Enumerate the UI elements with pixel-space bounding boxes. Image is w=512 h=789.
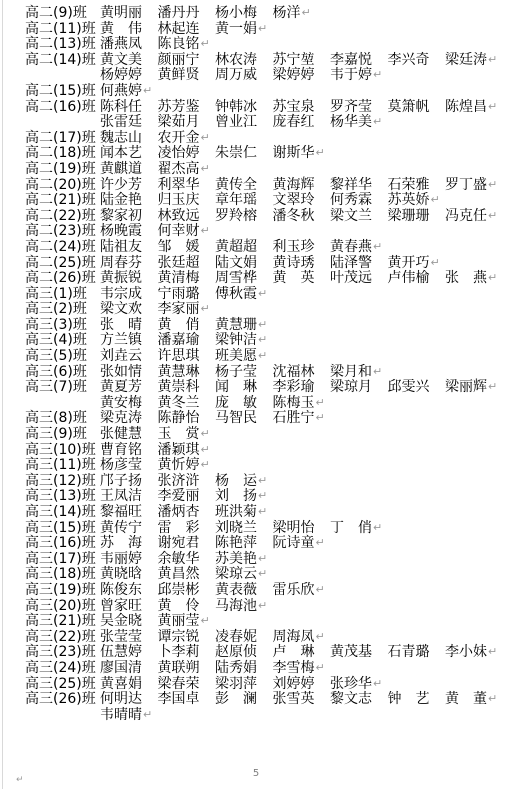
roster-row: 高二(13)班潘燕凤陈良铭↵ [0,36,512,52]
student-name: 黄一娟 [215,22,257,38]
student-name: 梁廷涛 [445,53,487,69]
student-name: 黄海辉 [273,178,331,194]
student-name: 张莹莹 [100,630,158,646]
class-label: 高三(16)班 [25,536,100,552]
student-name: 陆泽警 [330,256,388,272]
student-name: 宁雨璐 [158,287,216,303]
student-name: 谭宗锐 [158,630,216,646]
roster-row: 高三(9)班张健慧玉 赏↵ [0,426,512,442]
student-name: 梁丽辉 [445,380,487,396]
paragraph-mark-icon: ↵ [316,630,325,643]
student-name: 黄春燕 [330,240,372,256]
student-name: 梁钟洁 [215,333,257,349]
student-name: 黄麒道 [100,162,158,178]
student-name: 陈良铭 [158,37,200,53]
class-label: 高二(15)班 [25,84,100,100]
student-name: 韦晴晴 [100,708,142,724]
student-name: 石荣雅 [388,178,446,194]
student-name: 陈俊东 [100,583,158,599]
student-name: 黄超超 [215,240,273,256]
student-name: 陆秀娟 [215,661,273,677]
paragraph-mark-icon: ↵ [373,521,382,534]
paragraph-mark-icon: ↵ [201,162,210,175]
roster-row: 高三(20)班曾家旺黄 伶马海池↵ [0,598,512,614]
student-name: 邱崇彬 [158,583,216,599]
student-name: 潘嘉瑜 [158,333,216,349]
student-name: 周万威 [215,68,273,84]
paragraph-mark-icon: ↵ [201,427,210,440]
student-name: 马智民 [215,411,273,427]
student-name: 黄 伟 [100,22,158,38]
student-name: 梁茹月 [158,115,216,131]
student-name: 庞 敏 [215,396,273,412]
student-name: 谢斯华 [273,146,315,162]
student-name: 黄喜娟 [100,677,158,693]
student-name: 何燕婷 [100,84,142,100]
class-label: 高二(18)班 [25,146,100,162]
student-name: 张廷超 [158,256,216,272]
student-name: 班洪菊 [215,505,257,521]
student-name: 潘炳杏 [158,505,216,521]
student-name: 罗羚榕 [215,209,273,225]
paragraph-mark-icon: ↵ [201,224,210,237]
student-name: 吴金晓 [100,614,158,630]
student-name: 黄晓晗 [100,567,158,583]
paragraph-mark-icon: ↵ [201,302,210,315]
student-name: 黄丽莹 [158,614,200,630]
class-label: 高二(11)班 [25,22,100,38]
roster-row: 高二(22)班黎家初林致远罗羚榕潘冬秋梁文兰梁珊珊冯克任↵ [0,208,512,224]
student-name: 石青璐 [388,645,446,661]
student-name: 韦于婷 [330,68,372,84]
roster-row: 高三(24)班廖国清黄联朔陆秀娟李雪梅↵ [0,660,512,676]
class-label: 高三(5)班 [25,349,100,365]
paragraph-mark-icon: ↵ [258,552,267,565]
student-name: 谢宛君 [158,536,216,552]
class-label: 高三(9)班 [25,427,100,443]
student-name: 赵原侦 [215,645,273,661]
student-name: 杨晚霞 [100,224,158,240]
roster-row: 高三(7)班黄夏芳黄崇科闻 琳李彩瑜梁琼月邱雯兴梁丽辉↵ [0,379,512,395]
paragraph-mark-icon: ↵ [258,599,267,612]
class-label: 高三(23)班 [25,645,100,661]
paragraph-mark-icon: ↵ [488,692,497,705]
student-name: 黄鲜贤 [158,68,216,84]
student-name: 卜李莉 [158,645,216,661]
student-name: 周海凤 [273,630,315,646]
class-label: 高三(10)班 [25,443,100,459]
student-name: 陆祖友 [100,240,158,256]
student-name: 杨彦莹 [100,458,158,474]
class-label: 高二(19)班 [25,162,100,178]
student-name: 卢伟榆 [388,271,446,287]
roster-row: 高三(8)班梁克涛陈静怡马智民石胜宁↵ [0,410,512,426]
student-name: 黄茂基 [330,645,388,661]
paragraph-mark-icon: ↵ [431,193,440,206]
student-name: 黎文志 [330,692,388,708]
class-label: 高三(13)班 [25,489,100,505]
student-name: 梁羽萍 [215,677,273,693]
class-label: 高二(14)班 [25,53,100,69]
document-page: 高二(9)班黄明丽潘丹丹杨小梅杨洋↵高二(11)班黄 伟林起连黄一娟↵高二(13… [0,0,512,789]
student-name: 叶茂远 [330,271,388,287]
student-name: 杨婷婷 [100,68,158,84]
student-name: 潘冬秋 [273,209,331,225]
student-name: 利翠华 [158,178,216,194]
student-name: 黄清梅 [158,271,216,287]
student-name: 杨子莹 [215,365,273,381]
roster-row: 张雷廷梁茹月曾业江庞春红杨华美↵ [0,114,512,130]
student-name: 刘婷婷 [273,677,331,693]
class-label: 高二(26)班 [25,271,100,287]
student-name: 李家丽 [158,302,200,318]
student-name: 李彩瑜 [273,380,331,396]
paragraph-mark-icon: ↵ [258,22,267,35]
student-name: 闻本艺 [100,146,158,162]
student-name: 潘燕凤 [100,37,158,53]
student-name: 阮诗童 [273,536,315,552]
student-name: 李国卓 [158,692,216,708]
student-name: 苏宝泉 [273,100,331,116]
class-label: 高三(8)班 [25,411,100,427]
student-name: 梁文兰 [330,209,388,225]
student-name: 邱雯兴 [388,380,446,396]
paragraph-mark-icon: ↵ [488,100,497,113]
student-name: 陈静怡 [158,411,216,427]
student-name: 凌怡婷 [158,146,216,162]
roster-row: 高二(25)班周春芬张廷超陆文娟黄诗琇陆泽警黄开巧↵ [0,255,512,271]
roster-row: 高三(17)班韦丽婷余敏华苏美艳↵ [0,551,512,567]
paragraph-mark-icon: ↵ [373,365,382,378]
roster-row: 杨婷婷黄鲜贤周万威梁婷婷韦于婷↵ [0,67,512,83]
paragraph-mark-icon: ↵ [373,115,382,128]
class-label: 高二(16)班 [25,100,100,116]
roster-row: 高二(17)班魏志山农开金↵ [0,130,512,146]
student-name: 苏英娇 [388,193,430,209]
class-label: 高三(24)班 [25,661,100,677]
roster-row: 高三(25)班黄喜娟梁春荣梁羽萍刘婷婷张珍华↵ [0,676,512,692]
class-label: 高三(1)班 [25,287,100,303]
paragraph-mark-icon: ↵ [258,489,267,502]
student-name: 陆金艳 [100,193,158,209]
student-name: 黄传全 [215,178,273,194]
student-name: 韦宗成 [100,287,158,303]
roster-row: 高三(23)班伍慧婷卜李莉赵原侦卢 琳黄茂基石青璐李小妹↵ [0,644,512,660]
paragraph-mark-icon: ↵ [258,474,267,487]
student-name: 翟杰高 [158,162,200,178]
student-name: 廖国清 [100,661,158,677]
class-label: 高三(6)班 [25,365,100,381]
roster-row: 高二(21)班陆金艳归玉庆章年瑶文翠玲何秀霖苏英娇↵ [0,192,512,208]
class-label: 高二(23)班 [25,224,100,240]
student-name: 黄慧琳 [158,365,216,381]
paragraph-mark-icon: ↵ [258,505,267,518]
paragraph-mark-icon: ↵ [201,131,210,144]
paragraph-mark-icon: ↵ [201,443,210,456]
paragraph-mark-icon: ↵ [373,240,382,253]
student-name: 张健慧 [100,427,158,443]
student-name: 梁婷婷 [273,68,331,84]
student-name: 彭 澜 [215,692,273,708]
roster-row: 高二(15)班何燕婷↵ [0,83,512,99]
student-name: 利玉珍 [273,240,331,256]
student-name: 梁春荣 [158,677,216,693]
roster-row: 高三(5)班刘垚云许思琪班美愿↵ [0,348,512,364]
student-name: 周春芬 [100,256,158,272]
student-name: 黎福旺 [100,505,158,521]
student-name: 钟 艺 [388,692,446,708]
class-label: 高三(22)班 [25,630,100,646]
student-name: 张 燕 [445,271,487,287]
student-name: 冯克任 [445,209,487,225]
student-name: 黄 伶 [158,599,216,615]
student-name: 黄传宁 [100,521,158,537]
class-label: 高三(14)班 [25,505,100,521]
roster-row: 高三(10)班曹育铭潘颖琪↵ [0,442,512,458]
roster-row: 高三(15)班黄传宁雷 彩刘晓兰梁明怡丁 俏↵ [0,520,512,536]
student-name: 章年瑶 [215,193,273,209]
class-label: 高三(4)班 [25,333,100,349]
roster-row: 高三(3)班张 晴黄 俏黄慧珊↵ [0,317,512,333]
paragraph-mark-icon: ↵ [316,146,325,159]
student-name: 林致远 [158,209,216,225]
paragraph-mark-icon: ↵ [143,84,152,97]
student-name: 黄联朔 [158,661,216,677]
student-name: 归玉庆 [158,193,216,209]
student-name: 闻 琳 [215,380,273,396]
student-name: 张珍华 [330,677,372,693]
student-name: 梁琼云 [215,567,257,583]
roster-row: 高三(14)班黎福旺潘炳杏班洪菊↵ [0,504,512,520]
paragraph-mark-icon: ↵ [201,614,210,627]
student-name: 陆文娟 [215,256,273,272]
student-name: 黎祥华 [330,178,388,194]
student-name: 曹育铭 [100,443,158,459]
paragraph-mark-icon: ↵ [258,287,267,300]
paragraph-mark-icon: ↵ [258,318,267,331]
paragraph-mark-icon: ↵ [316,661,325,674]
roster-row: 高三(12)班邝子扬张济浒杨 运↵ [0,473,512,489]
roster-row: 高三(1)班韦宗成宁雨璐傅秋霞↵ [0,286,512,302]
paragraph-mark-icon: ↵ [488,209,497,222]
roster-row: 高二(26)班黄振锐黄清梅周雪桦黄 英叶茂远卢伟榆张 燕↵ [0,270,512,286]
student-name: 许少芳 [100,178,158,194]
student-name: 雷 彩 [158,521,216,537]
student-name: 梁珊珊 [388,209,446,225]
paragraph-mark-icon: ↵ [143,708,152,721]
student-name: 莫箫帆 [388,100,446,116]
student-name: 刘垚云 [100,349,158,365]
student-name: 曾家旺 [100,599,158,615]
paragraph-mark-icon: ↵ [373,677,382,690]
student-name: 文翠玲 [273,193,331,209]
class-label: 高二(25)班 [25,256,100,272]
student-name: 伍慧婷 [100,645,158,661]
student-name: 梁明怡 [273,521,331,537]
student-name: 刘晓兰 [215,521,273,537]
student-name: 杨洋 [273,6,301,22]
class-label: 高三(2)班 [25,302,100,318]
student-name: 王凤洁 [100,489,158,505]
class-label: 高二(21)班 [25,193,100,209]
student-name: 马海池 [215,599,257,615]
roster-row: 黄安梅黄冬兰庞 敏陈梅玉↵ [0,395,512,411]
paragraph-mark-icon: ↵ [316,411,325,424]
roster-row: 韦晴晴↵ [0,707,512,723]
paragraph-mark-icon: ↵ [488,271,497,284]
class-label: 高二(17)班 [25,131,100,147]
class-label: 高三(18)班 [25,567,100,583]
paragraph-mark-icon: ↵ [488,380,497,393]
class-label: 高二(22)班 [25,209,100,225]
paragraph-mark-icon: ↵ [488,53,497,66]
student-name: 卢 琳 [273,645,331,661]
student-name: 梁克涛 [100,411,158,427]
roster-row: 高二(16)班陈科任苏芳鉴钟韩冰苏宝泉罗齐莹莫箫帆陈煌昌↵ [0,99,512,115]
roster-row: 高二(23)班杨晚霞何幸财↵ [0,223,512,239]
student-name: 李小妹 [445,645,487,661]
student-name: 黄忻婷 [158,458,200,474]
roster-row: 高三(21)班吴金晓黄丽莹↵ [0,613,512,629]
student-name: 傅秋霞 [215,287,257,303]
class-label: 高三(15)班 [25,521,100,537]
student-name: 梁琼月 [330,380,388,396]
student-name: 黄诗琇 [273,256,331,272]
roster-row: 高三(11)班杨彦莹黄忻婷↵ [0,457,512,473]
student-name: 黄明丽 [100,6,158,22]
student-name: 石胜宁 [273,411,315,427]
class-label: 高二(24)班 [25,240,100,256]
roster-row: 高三(16)班苏 海谢宛君陈艳萍阮诗童↵ [0,535,512,551]
student-name: 张雷廷 [100,115,158,131]
roster-list: 高二(9)班黄明丽潘丹丹杨小梅杨洋↵高二(11)班黄 伟林起连黄一娟↵高二(13… [0,5,512,722]
student-name: 余敏华 [158,552,216,568]
paragraph-mark-icon: ↵ [488,645,497,658]
student-name: 苏芳鉴 [158,100,216,116]
student-name: 魏志山 [100,131,158,147]
student-name: 杨小梅 [215,6,273,22]
student-name: 农开金 [158,131,200,147]
roster-row: 高二(11)班黄 伟林起连黄一娟↵ [0,21,512,37]
class-label: 高三(19)班 [25,583,100,599]
student-name: 李雪梅 [273,661,315,677]
roster-row: 高二(20)班许少芳利翠华黄传全黄海辉黎祥华石荣雅罗丁盛↵ [0,177,512,193]
class-label: 高二(13)班 [25,37,100,53]
student-name: 方兰镇 [100,333,158,349]
paragraph-mark-icon: ↵ [302,6,311,19]
student-name: 何秀霖 [330,193,388,209]
roster-row: 高三(19)班陈俊东邱崇彬黄表薇雷乐欣↵ [0,582,512,598]
student-name: 林起连 [158,22,216,38]
roster-row: 高二(19)班黄麒道翟杰高↵ [0,161,512,177]
roster-row: 高三(18)班黄晓晗黄昌然梁琼云↵ [0,566,512,582]
student-name: 梁月和 [330,365,372,381]
paragraph-mark-icon: ↵ [431,256,440,269]
class-label: 高二(20)班 [25,178,100,194]
class-label: 高三(25)班 [25,677,100,693]
roster-row: 高三(22)班张莹莹谭宗锐凌春妮周海凤↵ [0,629,512,645]
class-label: 高三(7)班 [25,380,100,396]
paragraph-mark-icon: ↵ [316,583,325,596]
student-name: 钟韩冰 [215,100,273,116]
student-name: 黄开巧 [388,256,430,272]
student-name: 潘丹丹 [158,6,216,22]
roster-row: 高三(2)班梁文欢李家丽↵ [0,301,512,317]
student-name: 周雪桦 [215,271,273,287]
paragraph-mark-icon: ↵ [316,396,325,409]
paragraph-mark-icon: ↵ [258,567,267,580]
student-name: 何幸财 [158,224,200,240]
student-name: 许思琪 [158,349,216,365]
student-name: 黄表薇 [215,583,273,599]
class-label: 高三(26)班 [25,692,100,708]
student-name: 陈艳萍 [215,536,273,552]
student-name: 班美愿 [215,349,257,365]
student-name: 朱崇仁 [215,146,273,162]
roster-row: 高二(14)班黄文美颜丽宁林农涛苏宁堃李嘉悦李兴奇梁廷涛↵ [0,52,512,68]
student-name: 张如情 [100,365,158,381]
student-name: 张雪英 [273,692,331,708]
footer-paragraph-mark-icon: ↵ [16,775,24,785]
roster-row: 高二(9)班黄明丽潘丹丹杨小梅杨洋↵ [0,5,512,21]
student-name: 黄 英 [273,271,331,287]
paragraph-mark-icon: ↵ [201,37,210,50]
student-name: 苏 海 [100,536,158,552]
class-label: 高二(9)班 [25,6,100,22]
student-name: 玉 赏 [158,427,200,443]
class-label: 高三(21)班 [25,614,100,630]
student-name: 沈福林 [273,365,331,381]
student-name: 陈煌昌 [445,100,487,116]
roster-row: 高三(4)班方兰镇潘嘉瑜梁钟洁↵ [0,332,512,348]
roster-row: 高三(13)班王凤洁李爱丽刘 扬↵ [0,488,512,504]
student-name: 黄昌然 [158,567,216,583]
student-name: 邹 媛 [158,240,216,256]
paragraph-mark-icon: ↵ [258,333,267,346]
paragraph-mark-icon: ↵ [488,178,497,191]
roster-row: 高三(26)班何明达李国卓彭 澜张雪英黎文志钟 艺黄 董↵ [0,691,512,707]
paragraph-mark-icon: ↵ [373,68,382,81]
student-name: 黎家初 [100,209,158,225]
student-name: 陈科任 [100,100,158,116]
roster-row: 高三(6)班张如情黄慧琳杨子莹沈福林梁月和↵ [0,364,512,380]
student-name: 黄崇科 [158,380,216,396]
student-name: 黄 董 [445,692,487,708]
student-name: 丁 俏 [330,521,372,537]
class-label: 高三(11)班 [25,458,100,474]
paragraph-mark-icon: ↵ [316,536,325,549]
student-name: 罗齐莹 [330,100,388,116]
student-name: 黄振锐 [100,271,158,287]
student-name: 杨华美 [330,115,372,131]
student-name: 梁文欢 [100,302,158,318]
student-name: 庞春红 [273,115,331,131]
student-name: 黄夏芳 [100,380,158,396]
student-name: 李兴奇 [388,53,446,69]
page-number: 5 [0,768,512,779]
student-name: 雷乐欣 [273,583,315,599]
roster-row: 高二(18)班闻本艺凌怡婷朱崇仁谢斯华↵ [0,145,512,161]
student-name: 潘颖琪 [158,443,200,459]
student-name: 凌春妮 [215,630,273,646]
student-name: 刘 扬 [215,489,257,505]
student-name: 李爱丽 [158,489,216,505]
student-name: 曾业江 [215,115,273,131]
paragraph-mark-icon: ↵ [258,349,267,362]
student-name: 何明达 [100,692,158,708]
class-label: 高三(20)班 [25,599,100,615]
student-name: 罗丁盛 [445,178,487,194]
